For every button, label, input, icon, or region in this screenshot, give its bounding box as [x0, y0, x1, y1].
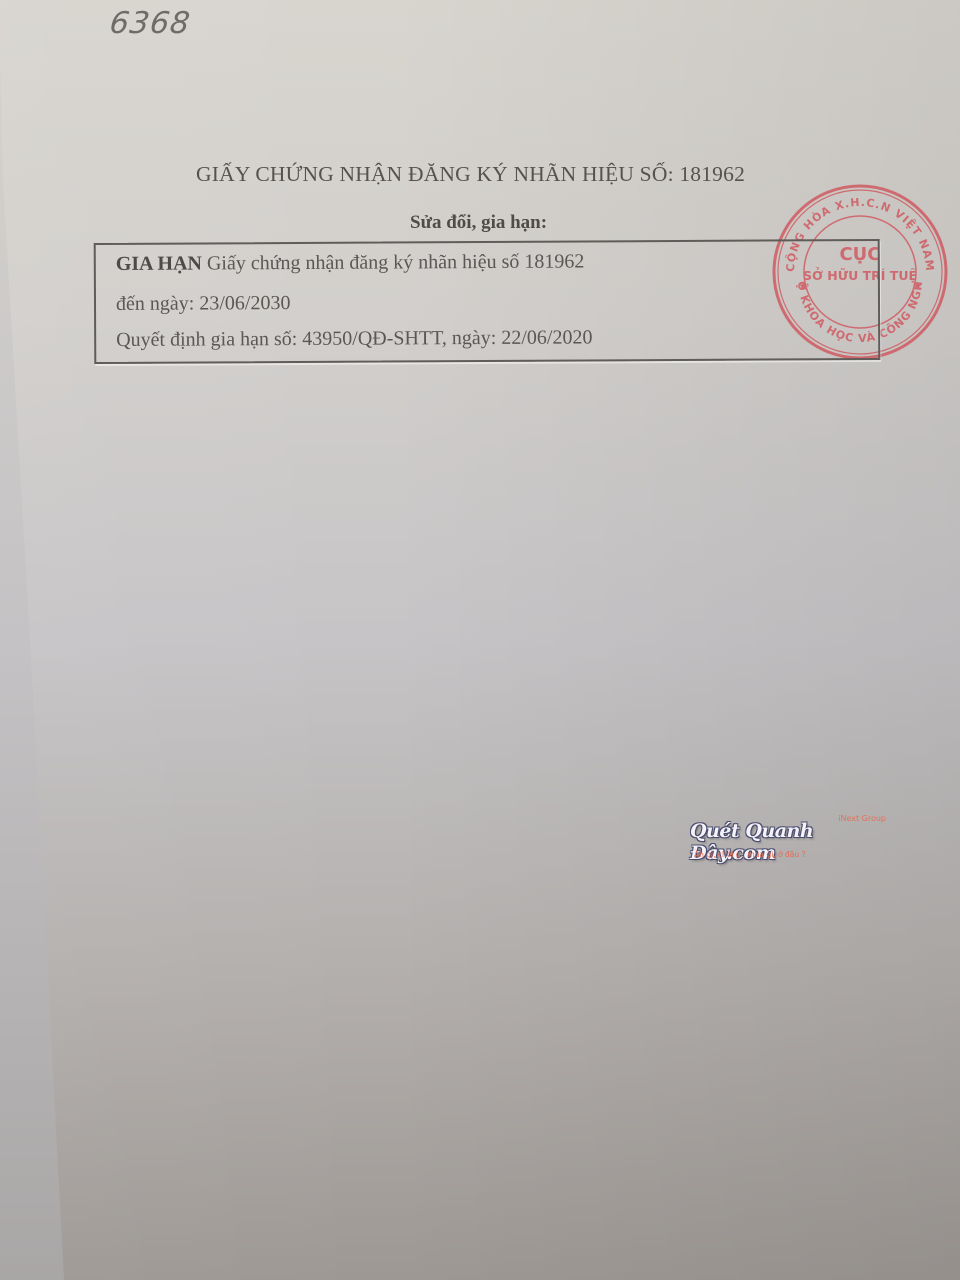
renewal-label: GIA HẠN [116, 252, 202, 274]
renewal-line-1: GIA HẠN Giấy chứng nhận đăng ký nhãn hiệ… [116, 250, 585, 275]
document-subtitle: Sửa đổi, gia hạn: [410, 212, 547, 234]
renewal-box: GIA HẠN Giấy chứng nhận đăng ký nhãn hiệ… [94, 239, 881, 364]
watermark-logo: iNext Group Quét Quanh Đây.com Ăn gì, ch… [690, 812, 900, 872]
renewal-certificate-text: Giấy chứng nhận đăng ký nhãn hiệu số 181… [202, 250, 585, 274]
document-title: GIẤY CHỨNG NHẬN ĐĂNG KÝ NHÃN HIỆU SỐ: 18… [196, 162, 796, 187]
renewal-expiry-date: đến ngày: 23/06/2030 [116, 292, 291, 316]
renewal-decision: Quyết định gia hạn số: 43950/QĐ-SHTT, ng… [116, 326, 592, 351]
handwritten-number: 6368 [108, 6, 193, 41]
watermark-slogan: Ăn gì, chơi gì, mua gì, ở đâu ? [694, 850, 806, 859]
